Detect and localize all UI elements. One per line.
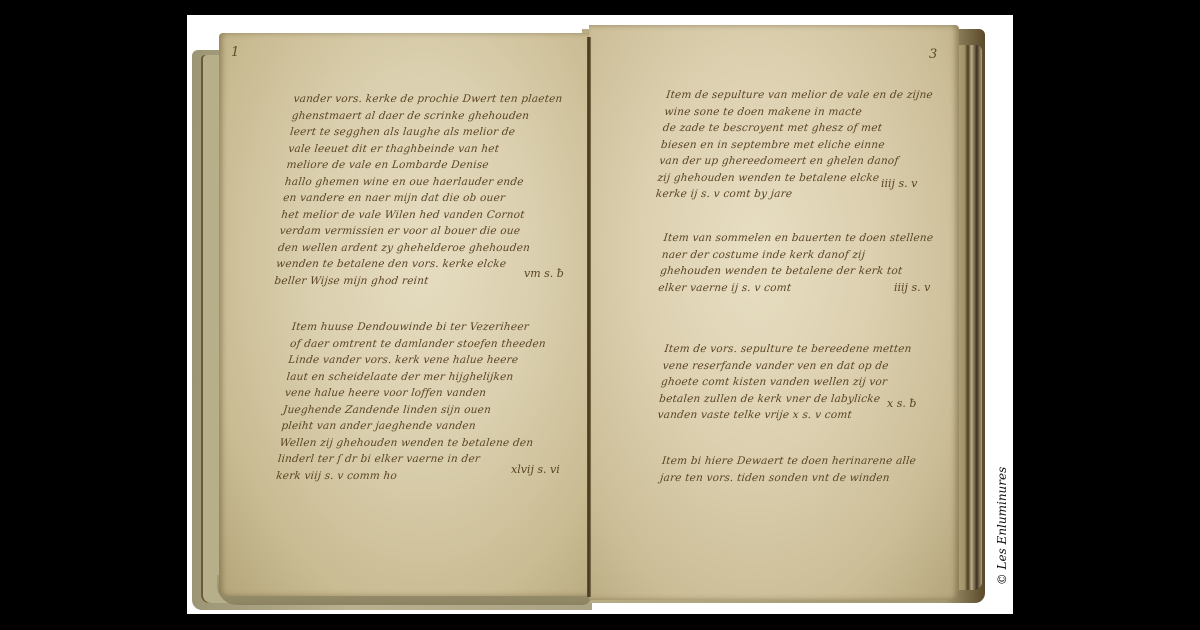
photo-frame: 1 vander vors. kerke de prochie Dwert te… [187,15,1013,614]
text-line: naer der costume inde kerk danof zij [661,247,932,264]
text-line: het melior de vale Wilen hed vanden Corn… [281,207,552,224]
text-line: meliore de vale en Lombarde Denise [286,157,557,174]
text-line: vene halue heere voor loffen vanden [284,385,542,402]
text-line: wine sone te doen makene in macte [664,104,932,121]
text-line: beller Wijse mijn ghod reint [274,273,545,290]
text-line: ghehouden wenden te betalene der kerk to… [659,263,930,280]
text-line: Item van sommelen en bauerten te doen st… [663,230,934,247]
text-line: vene reserfande vander ven en dat op de [662,358,911,375]
credit-text: © Les Enluminures [995,446,1009,606]
text-line: laut en scheidelaate der mer hijghelijke… [286,369,544,386]
text-line: van der up ghereedomeert en ghelen danof [658,153,926,170]
text-line: elker vaerne ij s. v comt [658,280,929,297]
right-entry-1-sum: iiij s. v [881,177,917,190]
left-entry-1-sum: vm s. ƀ [524,267,564,280]
photo-credit: © Les Enluminures [982,445,1002,610]
left-page-number: 1 [231,45,239,60]
text-line: vander vors. kerke de prochie Dwert ten … [293,91,564,108]
text-line: of daer omtrent te damlander stoefen the… [289,336,547,353]
text-line: vanden vaste telke vrije x s. v comt [657,407,906,424]
text-line: verdam vermissien er voor al bouer die o… [279,223,550,240]
text-line: wenden te betalene den vors. kerke elcke [275,256,546,273]
right-entry-2-sum: iiij s. v [894,281,930,294]
right-entry-3-sum: x s. ƀ [887,397,916,410]
text-line: de zade te bescroyent met ghesz of met [662,120,930,137]
text-line: ghenstmaert al daer de scrinke ghehouden [291,108,562,125]
text-line: linderl ter ſ dr bi elker vaerne in der [277,451,535,468]
text-line: Wellen zij ghehouden wenden te betalene … [279,435,537,452]
text-line: Item de vors. sepulture te bereedene met… [664,341,913,358]
text-line: en vandere en naer mijn dat die ob ouer [282,190,553,207]
text-line: Item bi hiere Dewaert te doen herinarene… [661,453,917,470]
text-line: jare ten vors. tiden sonden vnt de winde… [659,470,915,487]
text-line: pleiht van ander jaeghende vanden [281,418,539,435]
text-line: den wellen ardent zy ghehelderoe ghehoud… [277,240,548,257]
right-entry-4: Item bi hiere Dewaert te doen herinarene… [659,453,917,486]
text-line: hallo ghemen wine en oue haerlauder ende [284,174,555,191]
text-line: betalen zullen de kerk vner de labylicke [658,391,907,408]
right-entry-3: Item de vors. sepulture te bereedene met… [657,341,913,424]
text-line: ghoete comt kisten vanden wellen zij vor [660,374,909,391]
text-line: kerk viij s. v comm ho [275,468,533,485]
left-entry-1: vander vors. kerke de prochie Dwert ten … [274,91,564,289]
text-line: Item de sepulture van melior de vale en … [665,87,933,104]
left-page: 1 vander vors. kerke de prochie Dwert te… [219,33,589,596]
text-line: leert te segghen als laughe als melior d… [289,124,560,141]
book-gutter [587,37,591,597]
text-line: Linde vander vors. kerk vene halue heere [287,352,545,369]
text-line: Item huuse Dendouwinde bi ter Vezeriheer [291,319,549,336]
left-entry-2: Item huuse Dendouwinde bi ter Vezeriheer… [275,319,548,484]
right-page: 3 Item de sepulture van melior de vale e… [589,25,959,600]
right-page-number: 3 [929,47,937,62]
right-entry-2: Item van sommelen en bauerten te doen st… [658,230,934,296]
left-entry-2-sum: xlvij s. vi [511,463,560,476]
text-line: biesen en in septembre met eliche einne [660,137,928,154]
text-line: Jueghende Zandende linden sijn ouen [282,402,540,419]
text-line: vale leeuet dit er thaghbeinde van het [287,141,558,158]
